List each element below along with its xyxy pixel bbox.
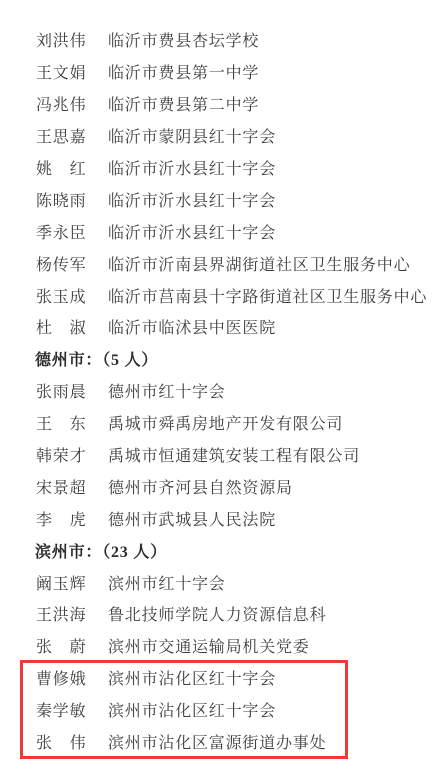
list-row: 张雨晨 德州市红十字会 bbox=[0, 375, 442, 407]
list-row: 张 蔚 滨州市交通运输局机关党委 bbox=[0, 630, 442, 662]
list-row: 陈晓雨 临沂市沂水县红十字会 bbox=[0, 183, 442, 215]
person-name: 王文娟 bbox=[36, 60, 108, 83]
person-name: 张玉成 bbox=[36, 284, 108, 307]
person-organization: 临沂市费县杏坛学校 bbox=[108, 28, 259, 51]
person-name: 张雨晨 bbox=[36, 379, 108, 402]
person-organization: 临沂市费县第一中学 bbox=[108, 60, 259, 83]
person-name: 杨传军 bbox=[36, 252, 108, 275]
list-row: 王 东 禹城市舜禹房地产开发有限公司 bbox=[0, 407, 442, 439]
person-name: 季永臣 bbox=[36, 220, 108, 243]
person-organization: 德州市武城县人民法院 bbox=[108, 507, 276, 530]
list-row: 秦学敏 滨州市沾化区红十字会 bbox=[0, 694, 442, 726]
person-organization: 临沂市沂水县红十字会 bbox=[108, 156, 276, 179]
list-row: 王文娟 临沂市费县第一中学 bbox=[0, 56, 442, 88]
person-name: 冯兆伟 bbox=[36, 92, 108, 115]
person-organization: 临沂市费县第二中学 bbox=[108, 92, 259, 115]
document-page: 刘洪伟 临沂市费县杏坛学校 王文娟 临沂市费县第一中学 冯兆伟 临沂市费县第二中… bbox=[0, 0, 442, 769]
list-row: 宋景超 德州市齐河县自然资源局 bbox=[0, 470, 442, 502]
list-row: 曹修娥 滨州市沾化区红十字会 bbox=[0, 662, 442, 694]
person-name: 李 虎 bbox=[36, 507, 108, 530]
list-row: 季永臣 临沂市沂水县红十字会 bbox=[0, 215, 442, 247]
person-organization: 滨州市沾化区红十字会 bbox=[108, 698, 276, 721]
person-name: 张 蔚 bbox=[36, 634, 108, 657]
person-organization: 临沂市沂水县红十字会 bbox=[108, 188, 276, 211]
list-row: 阚玉辉 滨州市红十字会 bbox=[0, 566, 442, 598]
person-name: 韩荣才 bbox=[36, 443, 108, 466]
list-row: 冯兆伟 临沂市费县第二中学 bbox=[0, 88, 442, 120]
person-name: 阚玉辉 bbox=[36, 571, 108, 594]
person-organization: 禹城市舜禹房地产开发有限公司 bbox=[108, 411, 343, 434]
section-header-text: 滨州市：（23 人） bbox=[35, 539, 167, 562]
section-header: 滨州市：（23 人） bbox=[0, 534, 442, 566]
section-header-text: 德州市：（5 人） bbox=[35, 347, 158, 370]
person-name: 秦学敏 bbox=[36, 698, 108, 721]
person-organization: 禹城市恒通建筑安装工程有限公司 bbox=[108, 443, 360, 466]
list-row: 韩荣才 禹城市恒通建筑安装工程有限公司 bbox=[0, 439, 442, 471]
list-row: 张 伟 滨州市沾化区富源街道办事处 bbox=[0, 726, 442, 758]
person-name: 刘洪伟 bbox=[36, 28, 108, 51]
person-name: 王思嘉 bbox=[36, 124, 108, 147]
name-list: 刘洪伟 临沂市费县杏坛学校 王文娟 临沂市费县第一中学 冯兆伟 临沂市费县第二中… bbox=[0, 0, 442, 757]
person-name: 张 伟 bbox=[36, 730, 108, 753]
person-name: 王洪海 bbox=[36, 602, 108, 625]
person-organization: 临沂市沂水县红十字会 bbox=[108, 220, 276, 243]
person-organization: 鲁北技师学院人力资源信息科 bbox=[108, 602, 326, 625]
person-organization: 临沂市蒙阴县红十字会 bbox=[108, 124, 276, 147]
list-row: 刘洪伟 临沂市费县杏坛学校 bbox=[0, 24, 442, 56]
person-name: 宋景超 bbox=[36, 475, 108, 498]
person-organization: 临沂市沂南县界湖街道社区卫生服务中心 bbox=[108, 252, 410, 275]
person-name: 陈晓雨 bbox=[36, 188, 108, 211]
person-organization: 滨州市红十字会 bbox=[108, 571, 226, 594]
person-organization: 滨州市交通运输局机关党委 bbox=[108, 634, 310, 657]
list-row: 王洪海 鲁北技师学院人力资源信息科 bbox=[0, 598, 442, 630]
person-organization: 临沂市莒南县十字路街道社区卫生服务中心 bbox=[108, 284, 427, 307]
list-row: 李 虎 德州市武城县人民法院 bbox=[0, 502, 442, 534]
person-organization: 滨州市沾化区红十字会 bbox=[108, 666, 276, 689]
person-organization: 滨州市沾化区富源街道办事处 bbox=[108, 730, 326, 753]
person-name: 曹修娥 bbox=[36, 666, 108, 689]
list-row: 杨传军 临沂市沂南县界湖街道社区卫生服务中心 bbox=[0, 247, 442, 279]
list-row: 姚 红 临沂市沂水县红十字会 bbox=[0, 152, 442, 184]
person-name: 杜 淑 bbox=[36, 315, 108, 338]
person-organization: 临沂市临沭县中医医院 bbox=[108, 315, 276, 338]
list-row: 王思嘉 临沂市蒙阴县红十字会 bbox=[0, 120, 442, 152]
list-row: 杜 淑 临沂市临沭县中医医院 bbox=[0, 311, 442, 343]
person-organization: 德州市齐河县自然资源局 bbox=[108, 475, 293, 498]
person-name: 王 东 bbox=[36, 411, 108, 434]
section-header: 德州市：（5 人） bbox=[0, 343, 442, 375]
list-row: 张玉成 临沂市莒南县十字路街道社区卫生服务中心 bbox=[0, 279, 442, 311]
person-name: 姚 红 bbox=[36, 156, 108, 179]
person-organization: 德州市红十字会 bbox=[108, 379, 226, 402]
